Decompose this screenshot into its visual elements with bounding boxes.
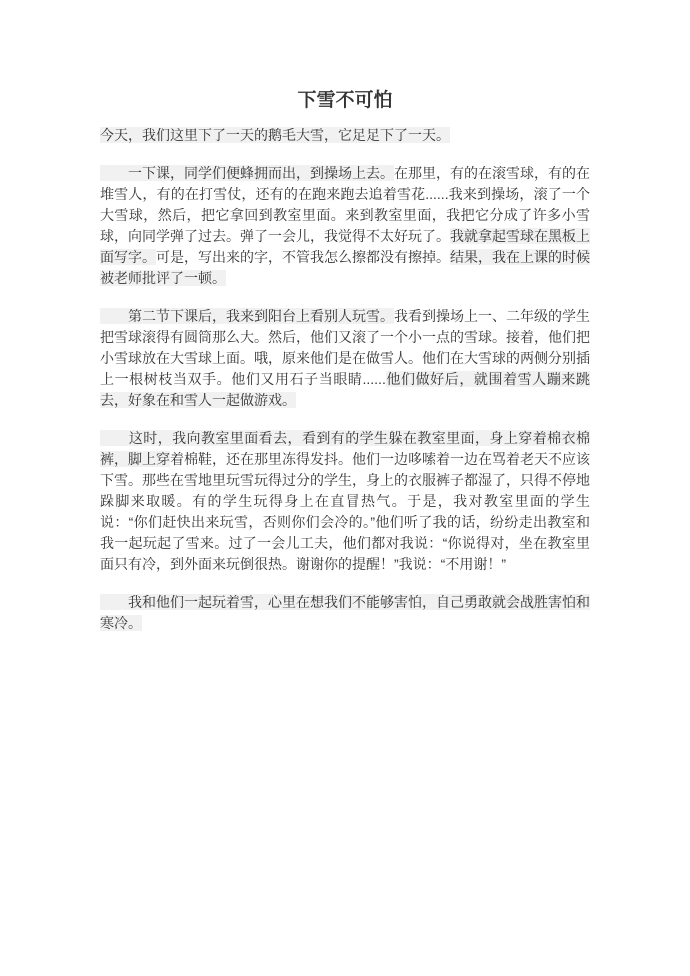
essay-body: 今天，我们这里下了一天的鹅毛大雪，它足足下了一天。 一下课，同学们便蜂拥而出，到… (100, 125, 590, 634)
highlighted-text: 一下课，同学们便蜂拥而出，到操场上去。 (100, 165, 394, 181)
paragraph: 第二节下课后，我来到阳台上看别人玩雪。我看到操场上一、二年级的学生把雪球滚得有圆… (100, 306, 590, 411)
document-page: 下雪不可怕 今天，我们这里下了一天的鹅毛大雪，它足足下了一天。 一下课，同学们便… (0, 0, 690, 976)
paragraph: 这时，我向教室里面看去，看到有的学生躲在教室里面，身上穿着棉衣棉裤，脚上穿着棉鞋… (100, 428, 590, 575)
highlighted-text: 我和他们一起玩着雪，心里在想我们不能够害怕，自己勇敢就会战胜害怕和寒冷。 (100, 594, 590, 631)
text-run: 可是，写出来的字，不管我怎么擦都没有擦掉。 (156, 249, 450, 265)
paragraph: 一下课，同学们便蜂拥而出，到操场上去。在那里，有的在滚雪球，有的在堆雪人，有的在… (100, 163, 590, 289)
highlighted-text: 今天，我们这里下了一天的鹅毛大雪，它足足下了一天。 (100, 127, 450, 143)
paragraph: 今天，我们这里下了一天的鹅毛大雪，它足足下了一天。 (100, 125, 590, 146)
paragraph: 我和他们一起玩着雪，心里在想我们不能够害怕，自己勇敢就会战胜害怕和寒冷。 (100, 592, 590, 634)
essay-title: 下雪不可怕 (100, 90, 590, 112)
highlighted-text: 第二节下课后，我来到阳台上看别人玩雪。 (100, 308, 394, 324)
text-run: 着棉鞋，还在那里冻得发抖。他们一边哆嗦着一边在骂着老天不应该下雪。那些在雪地里玩… (100, 451, 590, 572)
